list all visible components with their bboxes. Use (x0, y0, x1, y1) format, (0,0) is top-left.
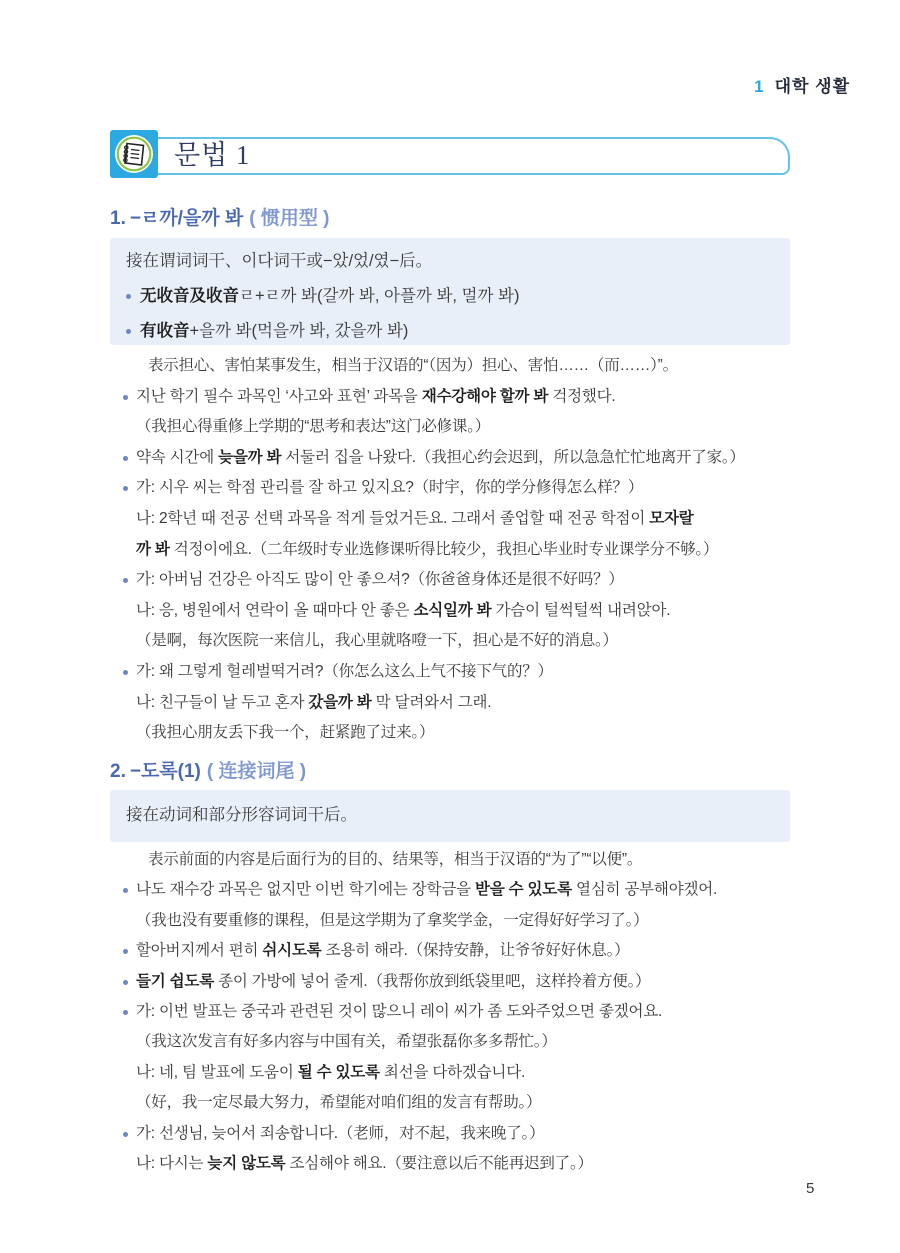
bullet-icon (126, 329, 131, 334)
body-text: （好，我一定尽最大努力，希望能对咱们组的发言有帮助。） (136, 1094, 541, 1111)
text-line-bulleted: 할아버지께서 편히 쉬시도록 조용히 해라.（保持安静，让爷爷好好休息。） (110, 936, 816, 966)
body-text: 나: 네, 팀 발표에 도움이 (136, 1064, 298, 1081)
body-text: 나: 2학년 때 전공 선택 과목을 적게 들었거든요. 그래서 졸업할 때 전… (136, 510, 649, 527)
body-text: （我也没有要重修的课程，但是这学期为了拿奖学金，一定得好好学习了。） (136, 912, 648, 929)
emphasized-text: 모자랄 (649, 510, 693, 527)
text-line: （我也没有要重修的课程，但是这学期为了拿奖学金，一定得好好学习了。） (110, 906, 816, 936)
emphasized-text: 소식일까 봐 (413, 602, 491, 619)
emphasized-text: 들기 쉽도록 (136, 973, 214, 990)
body-text: 表示担心、害怕某事发生，相当于汉语的“（因为）担心、害怕……（而……）”。 (148, 357, 678, 374)
examples-section-2: 表示前面的内容是后面行为的目的、结果等，相当于汉语的“为了”“以便”。나도 재수… (110, 845, 816, 1179)
body-text: 조용히 해라.（保持安静，让爷爷好好休息。） (322, 942, 630, 959)
text-line: （我这次发言有好多内容与中国有关，希望张磊你多多帮忙。） (110, 1027, 816, 1057)
emphasized-text: 늦지 않도록 (207, 1155, 285, 1172)
bullet-icon (123, 578, 128, 583)
body-text: 지난 학기 필수 과목인 ‘사고와 표현’ 과목을 (136, 388, 422, 405)
grammar-banner: 문법 1 (110, 130, 790, 178)
text-line-bulleted: 가: 아버님 건강은 아직도 많이 안 좋으셔?（你爸爸身体还是很不好吗？） (110, 565, 816, 596)
text-line: 나: 친구들이 날 두고 혼자 갔을까 봐 막 달려와서 그래. (110, 688, 816, 719)
emphasized-text: 될 수 있도록 (298, 1064, 380, 1081)
body-text: （我担心朋友丢下我一个，赶紧跑了过来。） (136, 724, 434, 741)
text-line: 나: 네, 팀 발표에 도움이 될 수 있도록 최선을 다하겠습니다. (110, 1058, 816, 1088)
emphasized-text: 갔을까 봐 (308, 694, 371, 711)
section-number: 2. (110, 761, 126, 782)
body-text: 나: 친구들이 날 두고 혼자 (136, 694, 308, 711)
bullet-icon (123, 888, 128, 893)
body-text: 걱정이에요.（二年级时专业选修课听得比较少，我担心毕业时专业课学分不够。） (170, 541, 719, 558)
rule-box-2: 接在动词和部分形容词词干后。 (110, 790, 790, 842)
bullet-icon (123, 949, 128, 954)
body-text: 接在谓词词干、이다词干或−았/었/였−后。 (126, 252, 432, 270)
body-text: 할아버지께서 편히 (136, 942, 262, 959)
bullet-icon (123, 1132, 128, 1137)
body-text: +을까 봐(먹을까 봐, 갔을까 봐) (190, 322, 409, 340)
emphasized-text: 받을 수 있도록 (475, 881, 572, 898)
bullet-icon (123, 395, 128, 400)
text-line: 接在谓词词干、이다词干或−았/었/였−后。 (126, 244, 774, 279)
examples-section-1: 表示担心、害怕某事发生，相当于汉语的“（因为）担心、害怕……（而……）”。지난 … (110, 351, 816, 749)
text-line: 나: 2학년 때 전공 선택 과목을 적게 들었거든요. 그래서 졸업할 때 전… (110, 504, 816, 535)
emphasized-text: 까 봐 (136, 541, 170, 558)
body-text: 종이 가방에 넣어 줄게.（我帮你放到纸袋里吧，这样拎着方便。） (214, 973, 650, 990)
section-title: −ㄹ까/을까 봐 (130, 208, 243, 229)
banner-title: 문법 1 (174, 137, 250, 173)
section-2-heading: 2.−도록(1)( 连接词尾 ) (110, 756, 306, 783)
text-line: 接在动词和部分形容词词干后。 (126, 798, 774, 833)
section-title: −도록(1) (130, 761, 201, 782)
bullet-icon (123, 670, 128, 675)
text-line-bulleted: 약속 시간에 늦을까 봐 서둘러 집을 나왔다.（我担心约会迟到，所以急急忙忙地… (110, 443, 816, 474)
notebook-icon (110, 130, 158, 178)
text-line: 나: 응, 병원에서 연락이 올 때마다 안 좋은 소식일까 봐 가슴이 털썩털… (110, 596, 816, 627)
emphasized-text: 늦을까 봐 (218, 449, 281, 466)
bullet-icon (123, 456, 128, 461)
bullet-icon (123, 486, 128, 491)
section-1-heading: 1.−ㄹ까/을까 봐( 惯用型 ) (110, 203, 330, 230)
body-text: 가슴이 털썩털썩 내려앉아. (491, 602, 670, 619)
chapter-header: 1대학 생활 (754, 72, 850, 97)
chapter-number: 1 (754, 77, 764, 96)
page-number: 5 (806, 1180, 814, 1197)
body-text: （我这次发言有好多内容与中国有关，希望张磊你多多帮忙。） (136, 1033, 557, 1050)
text-line: 表示担心、害怕某事发生，相当于汉语的“（因为）担心、害怕……（而……）”。 (110, 351, 816, 382)
text-line: （好，我一定尽最大努力，希望能对咱们组的发言有帮助。） (110, 1088, 816, 1118)
section-subtitle: ( 惯用型 ) (249, 208, 329, 229)
body-text: （是啊，每次医院一来信儿，我心里就咯噔一下，担心是不好的消息。） (136, 632, 618, 649)
bullet-icon (123, 980, 128, 985)
section-number: 1. (110, 208, 126, 229)
bullet-icon (126, 294, 131, 299)
text-line-bulleted: 가: 시우 씨는 학점 관리를 잘 하고 있지요?（时宇，你的学分修得怎么样？） (110, 473, 816, 504)
body-text: 나: 다시는 (136, 1155, 207, 1172)
text-line: 나: 다시는 늦지 않도록 조심해야 해요.（要注意以后不能再迟到了。） (110, 1149, 816, 1179)
text-line-bulleted: 들기 쉽도록 종이 가방에 넣어 줄게.（我帮你放到纸袋里吧，这样拎着方便。） (110, 967, 816, 997)
body-text: 接在动词和部分形容词词干后。 (126, 806, 357, 824)
body-text: 가: 왜 그렇게 헐레벌떡거려?（你怎么这么上气不接下气的？） (136, 663, 553, 680)
body-text: 나도 재수강 과목은 없지만 이번 학기에는 장학금을 (136, 881, 475, 898)
emphasized-text: 无收音及收音 (140, 287, 239, 305)
emphasized-text: 재수강해야 할까 봐 (422, 388, 548, 405)
text-line-bulleted: 有收音+을까 봐(먹을까 봐, 갔을까 봐) (126, 314, 774, 349)
bullet-icon (123, 1010, 128, 1015)
text-line: （我担心得重修上学期的“思考和表达”这门必修课。） (110, 412, 816, 443)
text-line: 까 봐 걱정이에요.（二年级时专业选修课听得比较少，我担心毕业时专业课学分不够。… (110, 535, 816, 566)
body-text: 가: 아버님 건강은 아직도 많이 안 좋으셔?（你爸爸身体还是很不好吗？） (136, 571, 624, 588)
body-text: 가: 이번 발표는 중국과 관련된 것이 많으니 레이 씨가 좀 도와주었으면 … (136, 1003, 662, 1020)
body-text: ㄹ+ㄹ까 봐(갈까 봐, 아플까 봐, 멀까 봐) (239, 287, 519, 305)
body-text: 최선을 다하겠습니다. (380, 1064, 525, 1081)
text-line-bulleted: 가: 왜 그렇게 헐레벌떡거려?（你怎么这么上气不接下气的？） (110, 657, 816, 688)
text-line-bulleted: 지난 학기 필수 과목인 ‘사고와 표현’ 과목을 재수강해야 할까 봐 걱정했… (110, 382, 816, 413)
body-text: 가: 시우 씨는 학점 관리를 잘 하고 있지요?（时宇，你的学分修得怎么样？） (136, 479, 643, 496)
text-line-bulleted: 나도 재수강 과목은 없지만 이번 학기에는 장학금을 받을 수 있도록 열심히… (110, 875, 816, 905)
text-line: 表示前面的内容是后面行为的目的、结果等，相当于汉语的“为了”“以便”。 (110, 845, 816, 875)
body-text: 서둘러 집을 나왔다.（我担心约会迟到，所以急急忙忙地离开了家。） (281, 449, 744, 466)
text-line: （我担心朋友丢下我一个，赶紧跑了过来。） (110, 718, 816, 749)
text-line: （是啊，每次医院一来信儿，我心里就咯噔一下，担心是不好的消息。） (110, 626, 816, 657)
emphasized-text: 有收音 (140, 322, 190, 340)
body-text: 막 달려와서 그래. (372, 694, 492, 711)
body-text: 가: 선생님, 늦어서 죄송합니다.（老师，对不起，我来晚了。） (136, 1125, 544, 1142)
body-text: 조심해야 해요.（要注意以后不能再迟到了。） (285, 1155, 592, 1172)
text-line-bulleted: 가: 이번 발표는 중국과 관련된 것이 많으니 레이 씨가 좀 도와주었으면 … (110, 997, 816, 1027)
text-line-bulleted: 가: 선생님, 늦어서 죄송합니다.（老师，对不起，我来晚了。） (110, 1119, 816, 1149)
body-text: 나: 응, 병원에서 연락이 올 때마다 안 좋은 (136, 602, 413, 619)
body-text: （我担心得重修上学期的“思考和表达”这门必修课。） (136, 418, 490, 435)
chapter-title: 대학 생활 (775, 77, 850, 96)
body-text: 表示前面的内容是后面行为的目的、结果等，相当于汉语的“为了”“以便”。 (148, 851, 642, 868)
body-text: 걱정했다. (548, 388, 615, 405)
rule-box-1: 接在谓词词干、이다词干或−았/었/였−后。无收音及收音ㄹ+ㄹ까 봐(갈까 봐, … (110, 238, 790, 345)
section-subtitle: ( 连接词尾 ) (207, 761, 306, 782)
text-line-bulleted: 无收音及收音ㄹ+ㄹ까 봐(갈까 봐, 아플까 봐, 멀까 봐) (126, 279, 774, 314)
body-text: 약속 시간에 (136, 449, 218, 466)
emphasized-text: 쉬시도록 (262, 942, 321, 959)
body-text: 열심히 공부해야겠어. (572, 881, 717, 898)
